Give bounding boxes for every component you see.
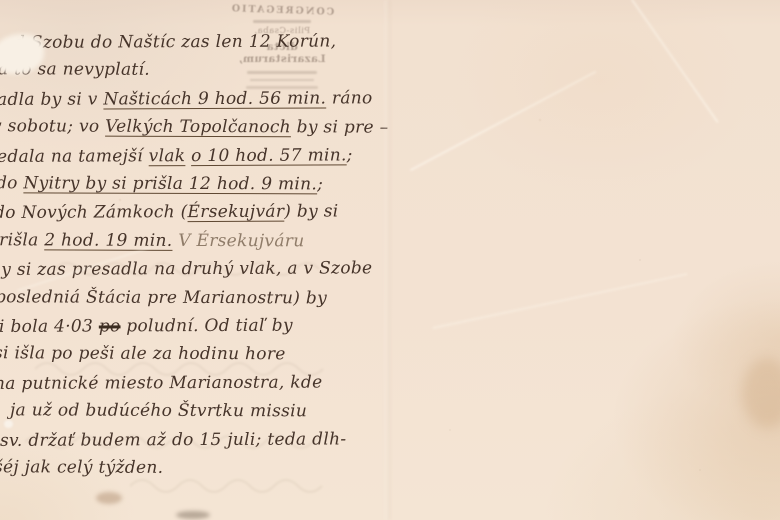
handwriting-line: do Nových Zámkoch (Érsekujvár) by si — [0, 197, 428, 227]
handwriting-line: prišla 2 hod. 19 min. V Érsekujváru — [0, 226, 428, 256]
handwriting-segment: na putnické miesto Marianostra, kde — [0, 372, 322, 393]
handwriting-segment: sedala na tamejší — [0, 146, 149, 167]
handwriting-text-block: d Szobu do Naštíc zas len 12 Korún,a to … — [0, 28, 428, 483]
paper-stain — [742, 358, 780, 428]
handwriting-segment: Velkých Topolčanoch — [105, 117, 291, 138]
handwriting-segment: Érsekujvár — [187, 202, 284, 222]
paper-crease — [433, 273, 688, 329]
stain-smudge — [96, 492, 122, 504]
handwriting-segment: sv. držať budem až do 15 juli; teda dlh- — [0, 429, 346, 451]
handwriting-line: si bola 4·03 po poludní. Od tiaľ by — [0, 311, 428, 341]
handwriting-segment: Našticách 9 hod. 56 min. — [103, 88, 326, 109]
handwriting-segment: do Nových Zámkoch ( — [0, 203, 188, 224]
handwriting-segment: ; — [347, 145, 353, 165]
handwriting-segment: poludní. Od tiaľ by — [121, 316, 293, 337]
handwriting-line: sadla by si v Našticách 9 hod. 56 min. r… — [0, 84, 428, 114]
paper-crease — [410, 71, 596, 171]
handwriting-line: šéj jak celý týžden. — [0, 453, 428, 483]
handwriting-segment: ja už od budúcého Štvrtku missiu — [10, 401, 307, 422]
paper-crease — [631, 0, 718, 123]
handwriting-segment: ; — [317, 174, 323, 194]
handwriting-segment: prišla — [0, 230, 44, 250]
handwriting-segment: ) by si — [284, 202, 338, 222]
handwriting-line: d Szobu do Naštíc zas len 12 Korún, — [0, 27, 428, 57]
handwriting-line: na putnické miesto Marianostra, kde — [0, 368, 428, 398]
handwriting-segment: by si zas presadla na druhý vlak, a v Sz… — [0, 259, 372, 281]
letterhead-illegible-line — [253, 20, 311, 23]
paper-damage-speck — [4, 420, 13, 428]
handwriting-line: v sobotu; vo Velkých Topolčanoch by si p… — [0, 112, 428, 142]
letter-page: CONGREGATIO Pilis-Csaba, dicta Lazarista… — [0, 0, 780, 520]
handwriting-segment: vlak — [149, 146, 186, 166]
handwriting-segment: si išla po peši ale za hodinu hore — [0, 344, 286, 365]
ink-smudge — [176, 511, 210, 519]
handwriting-segment: (posledniá Štácia pre Marianostru) by — [0, 287, 327, 308]
handwriting-segment: ráno — [326, 88, 372, 108]
handwriting-line: (posledniá Štácia pre Marianostru) by — [0, 283, 428, 313]
handwriting-segment: si bola 4·03 — [0, 317, 99, 337]
handwriting-segment: šéj jak celý týžden. — [0, 457, 163, 478]
handwriting-segment: V Érsekujváru — [178, 231, 304, 251]
handwriting-segment: sadla by si v — [0, 89, 103, 110]
handwriting-line: sv. držať budem až do 15 juli; teda dlh- — [0, 425, 428, 455]
handwriting-line: sedala na tamejší vlak o 10 hod. 57 min.… — [0, 141, 428, 171]
handwriting-line: ja už od budúcého Štvrtku missiu — [0, 397, 428, 427]
handwriting-segment: d Szobu do Naštíc zas len 12 Korún, — [14, 31, 336, 52]
handwriting-segment: by si pre – — [291, 118, 389, 138]
letterhead-title: CONGREGATIO — [222, 3, 342, 18]
handwriting-segment: 2 hod. 19 min. — [44, 230, 172, 250]
handwriting-segment: v sobotu; vo — [0, 116, 105, 136]
handwriting-line: by si zas presadla na druhý vlak, a v Sz… — [0, 254, 428, 284]
handwriting-line: a to sa nevyplatí. — [0, 56, 428, 86]
handwriting-line: do Nyitry by si prišla 12 hod. 9 min.; — [0, 169, 428, 199]
handwriting-segment: o 10 hod. 57 min. — [191, 145, 347, 166]
handwriting-line: si išla po peši ale za hodinu hore — [0, 340, 428, 370]
handwriting-segment: do — [0, 173, 23, 193]
handwriting-segment: Nyitry by si prišla 12 hod. 9 min. — [23, 173, 317, 194]
handwriting-segment: po — [99, 316, 121, 336]
